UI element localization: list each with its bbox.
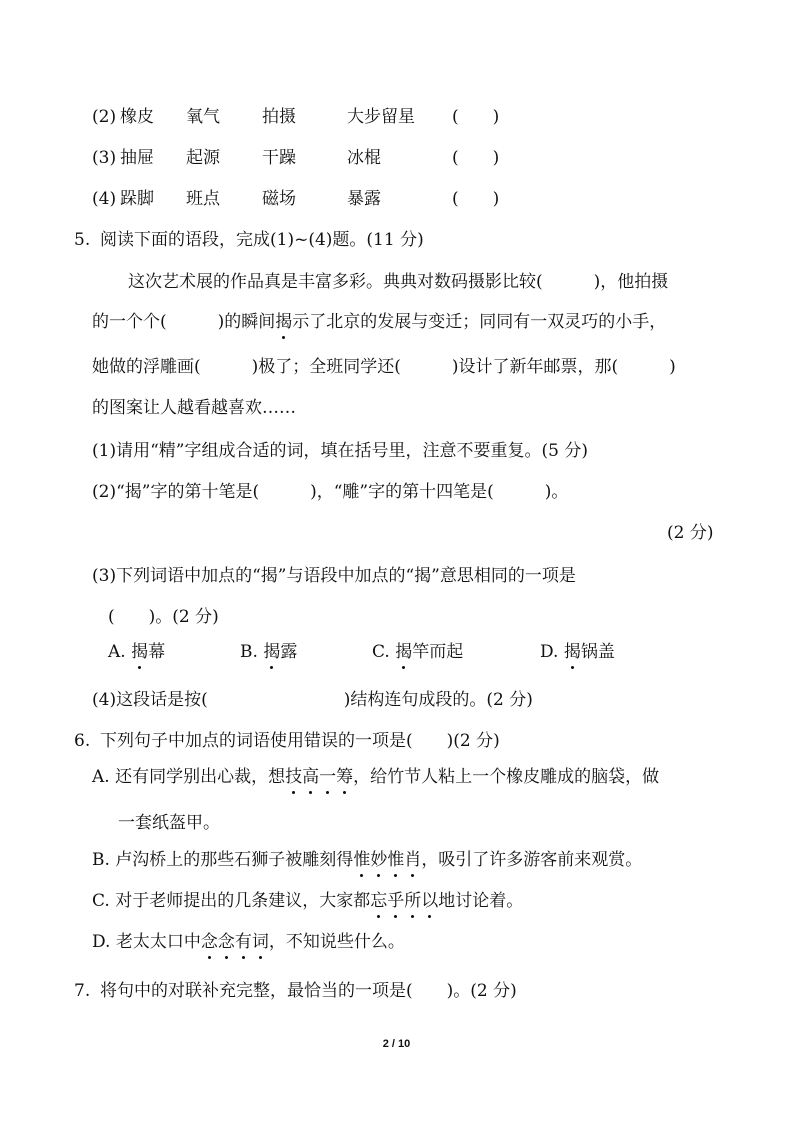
dotted-character: 词 [252,931,269,953]
word: 跺脚 [120,188,154,210]
dotted-character: 肖 [404,849,421,871]
dotted-character: 揭 [131,641,148,663]
answer-blank[interactable]: ( )。(2 分) [108,606,219,628]
option-text: 卢沟桥上的那些石狮子被雕刻得 [115,850,353,870]
question-number: 7. [74,980,90,1002]
option-a-continuation: 一套纸盔甲。 [118,812,220,834]
option-text: 对于老师提出的几条建议，大家都 [115,891,370,911]
option-text: 还有同学别出心裁，想 [115,767,285,787]
dotted-character: 高 [302,766,319,788]
dotted-character: 揭 [395,641,412,663]
sub-question-3: (3)下列词语中加点的“揭”与语段中加点的“揭”意思相同的一项是 [92,565,576,587]
dotted-character: 筹 [336,766,353,788]
dotted-character: 乎 [387,890,404,912]
option-d[interactable]: D. 老太太口中念念有词，不知说些什么。 [92,931,405,953]
dotted-character: 所 [404,890,421,912]
passage-line: 这次艺术展的作品真是丰富多彩。典典对数码摄影比较( )，他拍摄 [128,271,668,293]
question-number: 5. [74,229,90,251]
option-text: 地讨论着。 [438,891,523,911]
dotted-character: 技 [285,766,302,788]
dotted-character: 妙 [370,849,387,871]
option-label: D. [92,932,110,952]
dotted-character: 揭 [564,641,581,663]
word: 暴露 [347,188,381,210]
word: 大步留星 [347,106,415,128]
word: 冰棍 [347,147,381,169]
word: 抽屉 [120,147,154,169]
row-label: (2) [92,106,116,128]
sub-question-1: (1)请用“精”字组成合适的词，填在括号里，注意不要重复。(5 分) [92,440,588,462]
answer-blank[interactable]: ( ) [452,106,499,128]
dotted-character: 有 [235,931,252,953]
option-b[interactable]: B. 揭露 [240,641,297,663]
option-c[interactable]: C. 揭竿而起 [372,641,463,663]
answer-blank[interactable]: ( ) [452,188,499,210]
answer-blank[interactable]: ( ) [452,147,499,169]
word: 橡皮 [120,106,154,128]
dotted-character: 惟 [387,849,404,871]
sub-question-4: (4)这段话是按( )结构连句成段的。(2 分) [92,689,533,711]
option-text: 竿而起 [412,642,463,662]
dotted-character: 一 [319,766,336,788]
option-text: ，不知说些什么。 [269,932,405,952]
question-title: 将句中的对联补充完整，最恰当的一项是( )。(2 分) [100,980,517,1002]
word: 干躁 [262,147,296,169]
dotted-character: 念 [218,931,235,953]
word: 氧气 [186,106,220,128]
passage-text: 示了北京的发展与变迁；同同有一双灵巧的小手， [292,312,666,332]
dotted-character: 惟 [353,849,370,871]
option-a[interactable]: A. 还有同学别出心裁，想技高一筹，给竹节人粘上一个橡皮雕成的脑袋，做 [92,766,659,788]
dotted-character: 以 [421,890,438,912]
passage-line: 的一个个( )的瞬间揭示了北京的发展与变迁；同同有一双灵巧的小手， [92,311,666,333]
dotted-character: 念 [201,931,218,953]
option-d[interactable]: D. 揭锅盖 [540,641,615,663]
option-text: 老太太口中 [116,932,201,952]
passage-line: 她做的浮雕画( )极了；全班同学还( )设计了新年邮票，那( ) [92,356,676,378]
word: 起源 [186,147,220,169]
option-text: 锅盖 [581,642,615,662]
option-label: A. [108,642,126,662]
option-text: 幕 [148,642,165,662]
option-label: C. [372,642,390,662]
row-label: (3) [92,147,116,169]
dotted-character: 揭 [263,641,280,663]
option-label: D. [540,642,558,662]
word: 班点 [186,188,220,210]
question-title: 阅读下面的语段，完成(1)~(4)题。(11 分) [100,229,424,251]
sub-question-2: (2)“揭”字的第十笔是( )，“雕”字的第十四笔是( )。 [92,481,568,503]
option-text: ，吸引了许多游客前来观赏。 [421,850,642,870]
option-text: 露 [280,642,297,662]
dotted-character: 忘 [370,890,387,912]
word: 拍摄 [262,106,296,128]
option-label: B. [240,642,258,662]
option-b[interactable]: B. 卢沟桥上的那些石狮子被雕刻得惟妙惟肖，吸引了许多游客前来观赏。 [92,849,642,871]
row-label: (4) [92,188,116,210]
word: 磁场 [262,188,296,210]
question-title: 下列句子中加点的词语使用错误的一项是( )(2 分) [100,730,500,752]
question-number: 6. [74,730,90,752]
option-label: C. [92,891,110,911]
page-number: 2 / 10 [0,1038,793,1050]
option-label: B. [92,850,110,870]
dotted-character: 揭 [275,311,292,333]
passage-text: 的一个个( )的瞬间 [92,312,275,332]
option-a[interactable]: A. 揭幕 [108,641,165,663]
passage-line: 的图案让人越看越喜欢…… [92,397,296,419]
score-label: (2 分) [667,522,713,544]
option-c[interactable]: C. 对于老师提出的几条建议，大家都忘乎所以地讨论着。 [92,890,523,912]
option-text: ，给竹节人粘上一个橡皮雕成的脑袋，做 [353,767,659,787]
option-label: A. [92,767,110,787]
